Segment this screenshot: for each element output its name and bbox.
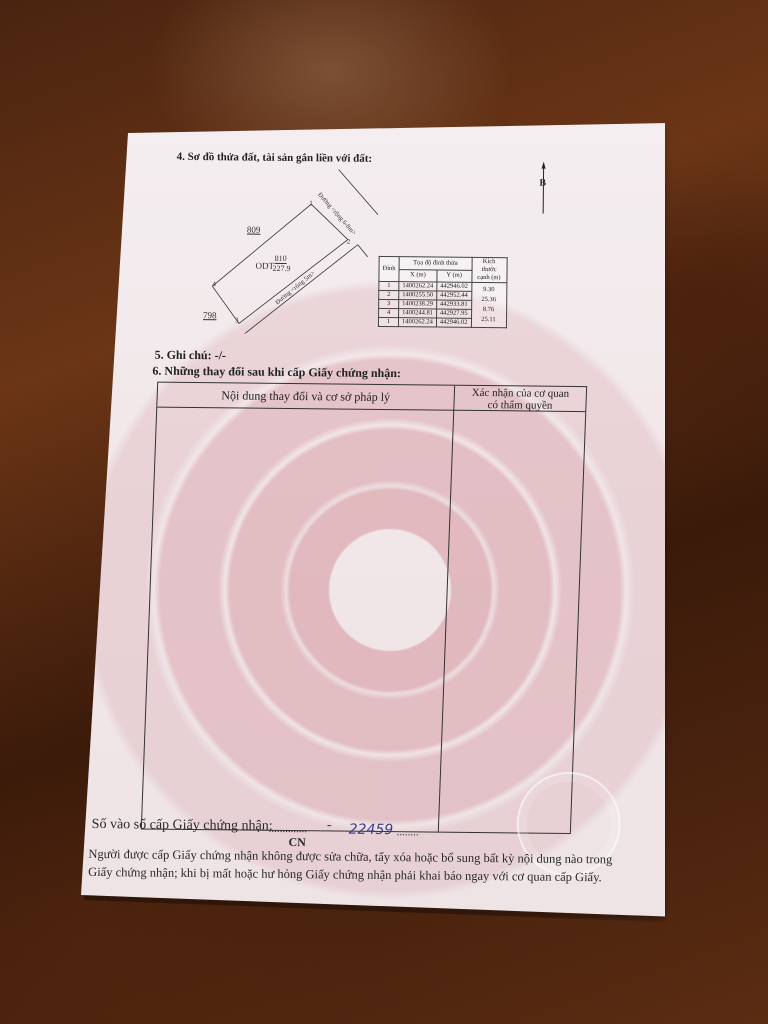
registry-label: Số vào sổ cấp Giấy chứng nhận:	[92, 817, 273, 835]
cell-x: 1400244.81	[399, 309, 437, 318]
coordinate-table: Đỉnh Tọa độ đỉnh thửa Kích thước cạnh (m…	[378, 256, 507, 328]
vertex-4: 4	[212, 280, 216, 288]
vertex-2: 2	[347, 238, 351, 246]
cell-x: 1400238.29	[399, 300, 437, 309]
edge-length: 9.30	[475, 285, 503, 295]
cell-point: 4	[379, 308, 399, 317]
land-type: ODT	[256, 261, 275, 271]
cell-point: 1	[378, 317, 398, 326]
neighbor-parcel-798: 798	[203, 310, 217, 320]
parcel-area: 227.9	[272, 264, 290, 273]
header-x: X (m)	[399, 269, 437, 282]
column-divider	[438, 386, 455, 832]
section-6-title: 6. Những thay đổi sau khi cấp Giấy chứng…	[152, 364, 401, 382]
cell-point: 3	[379, 299, 399, 308]
cell-point: 2	[379, 290, 399, 299]
registry-dots: ..............	[269, 823, 308, 835]
header-coords-group: Tọa độ đỉnh thửa	[399, 257, 472, 270]
header-edge-length: Kích thước cạnh (m)	[471, 257, 506, 282]
cell-y: 442946.02	[437, 282, 472, 291]
certificate-content: 4. Sơ đồ thửa đất, tài sản gắn liền với …	[0, 0, 768, 1024]
vertex-1: 1	[309, 199, 313, 207]
cell-x: 1400255.50	[399, 291, 437, 300]
parcel-number: 810	[275, 254, 287, 264]
parcel-diagram	[197, 158, 379, 335]
cell-point: 1	[379, 281, 399, 290]
header-y: Y (m)	[437, 270, 472, 283]
cell-x: 1400262.24	[398, 318, 436, 327]
vertex-3: 3	[235, 316, 239, 324]
edge-length: 25.36	[475, 295, 503, 305]
header-point: Đỉnh	[379, 256, 399, 281]
neighbor-parcel-809: 809	[247, 225, 261, 235]
cell-y: 442952.44	[437, 291, 472, 300]
changes-table: Nội dung thay đổi và cơ sở pháp lý Xác n…	[141, 382, 587, 834]
edge-length: 25.11	[474, 315, 502, 325]
edge-length: 8.76	[475, 305, 503, 315]
cell-y: 442946.02	[436, 318, 471, 327]
registry-prefix: CN	[288, 835, 305, 850]
section-5-notes: 5. Ghi chú: -/-	[155, 348, 226, 364]
cell-y: 442927.95	[436, 309, 471, 318]
notice-line-2: Giấy chứng nhận; khi bị mất hoặc hư hỏng…	[88, 865, 602, 885]
header-authority-confirmation: Xác nhận của cơ quan có thẩm quyền	[454, 387, 586, 412]
registry-dash: -	[327, 817, 332, 833]
cell-x: 1400262.24	[399, 282, 437, 291]
header-line: Xác nhận của cơ quan	[455, 387, 586, 400]
cell-y: 442933.81	[437, 300, 472, 309]
registry-number: 22459	[349, 822, 394, 838]
north-arrow-icon	[533, 160, 554, 220]
registry-dots-trailing: ........	[397, 826, 419, 838]
header-line: có thẩm quyền	[454, 399, 585, 412]
north-label: B	[539, 178, 546, 189]
edge-lengths-cell: 9.30 25.36 8.76 25.11	[471, 282, 506, 327]
header-change-content: Nội dung thay đổi và cơ sở pháp lý	[157, 388, 454, 406]
